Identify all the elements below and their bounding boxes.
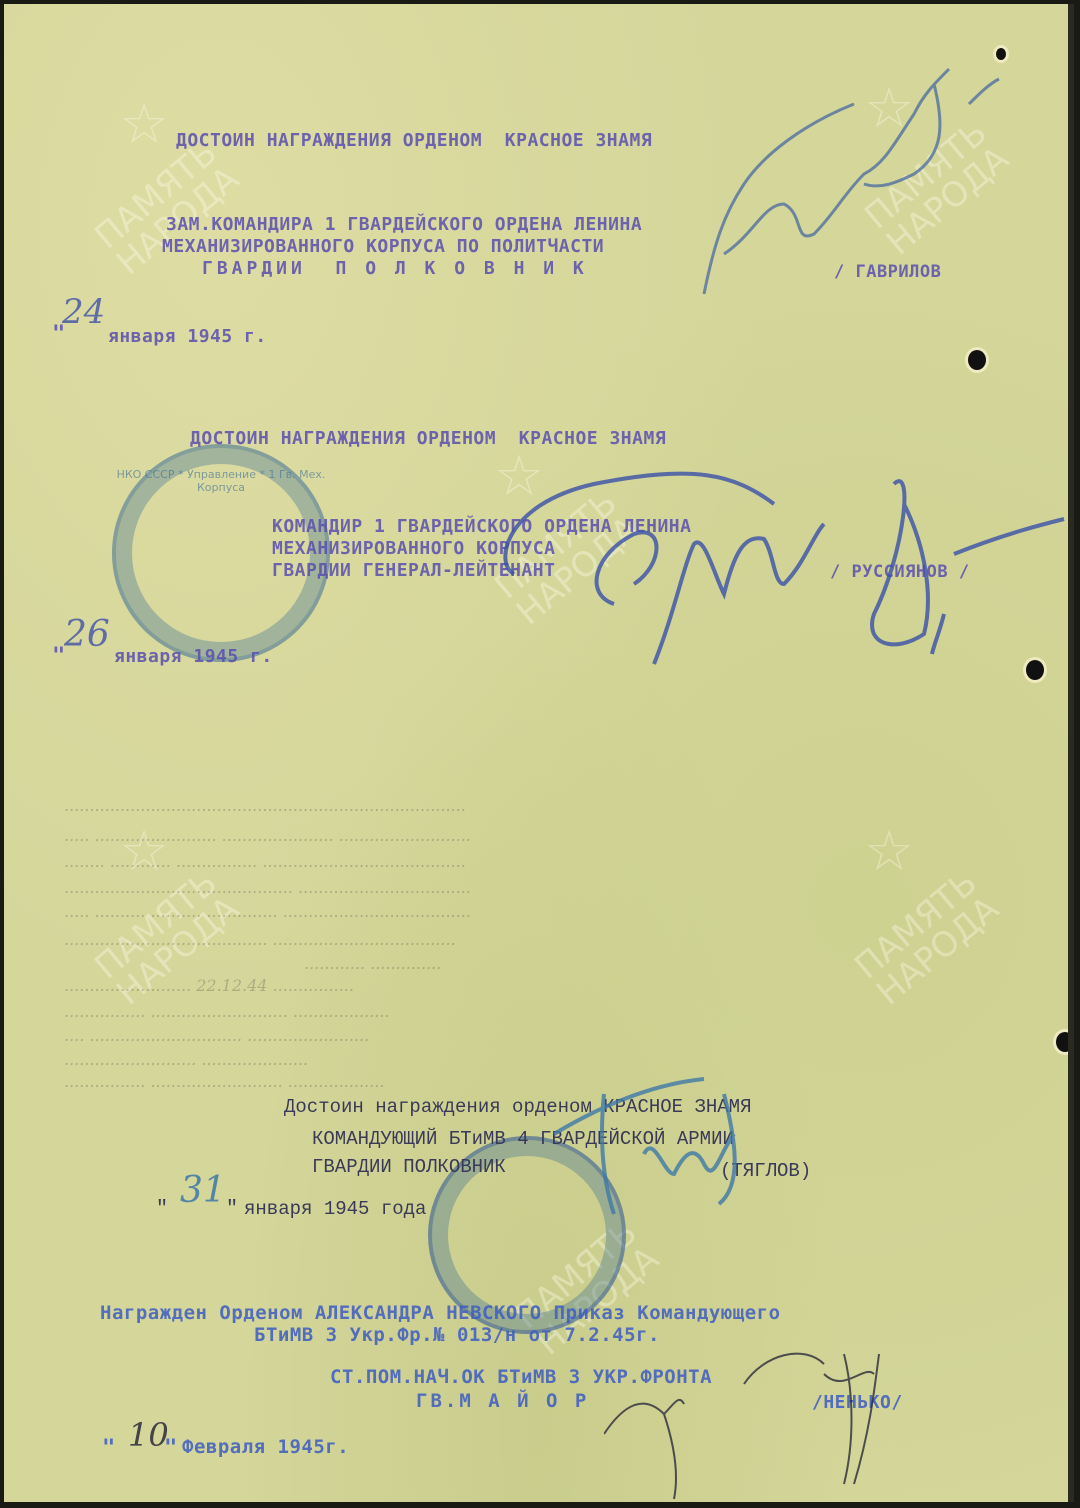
award-line2: БТиМВ 3 Укр.Фр.№ 013/н от 7.2.45г.	[254, 1324, 660, 1346]
block1-heading: ДОСТОИН НАГРАЖДЕНИЯ ОРДЕНОМ КРАСНОЕ ЗНАМ…	[176, 130, 652, 151]
block1-date-day: 24	[62, 292, 105, 332]
block3-quote-close: "	[226, 1198, 238, 1221]
punch-hole	[1056, 1032, 1074, 1052]
block1-line2: МЕХАНИЗИРОВАННОГО КОРПУСА ПО ПОЛИТЧАСТИ	[162, 236, 604, 257]
block2-date-day: 26	[64, 614, 110, 655]
punch-hole	[968, 350, 986, 370]
block3-line2: ГВАРДИИ ПОЛКОВНИК	[312, 1156, 506, 1178]
block3-date-day: 31	[180, 1170, 226, 1211]
block1-quote-open: "	[52, 322, 66, 347]
block1-date: января 1945 г.	[108, 326, 267, 347]
block2-quote-open: "	[52, 644, 66, 669]
signature-nenko	[604, 1334, 1024, 1502]
award-date-day: 10	[128, 1416, 169, 1454]
award-date: Февраля 1945г.	[182, 1436, 349, 1458]
award-quote-close: "	[164, 1436, 178, 1461]
award-quote-open: "	[102, 1436, 116, 1461]
document-page: ☆ ПАМЯТЬ НАРОДА ☆ ПАМЯТЬ НАРОДА ☆ ПАМЯТЬ…	[4, 4, 1074, 1502]
punch-hole	[996, 48, 1006, 60]
signature-tyaglov	[544, 1064, 784, 1234]
block3-quote-open: "	[156, 1198, 168, 1221]
block1-line1: ЗАМ.КОМАНДИРА 1 ГВАРДЕЙСКОГО ОРДЕНА ЛЕНИ…	[166, 214, 642, 235]
award-line4: ГВ.М А Й О Р	[416, 1390, 589, 1412]
block1-line3: ГВАРДИИ П О Л К О В Н И К	[202, 258, 588, 279]
block3-date: января 1945 года	[244, 1198, 426, 1220]
block2-date: января 1945 г.	[114, 646, 273, 667]
signature-gavrilov	[684, 64, 1004, 304]
watermark-star-icon: ☆	[119, 92, 169, 157]
award-line1: Награжден Орденом АЛЕКСАНДРА НЕВСКОГО Пр…	[100, 1302, 781, 1324]
signature-russiyanov	[474, 444, 1074, 674]
